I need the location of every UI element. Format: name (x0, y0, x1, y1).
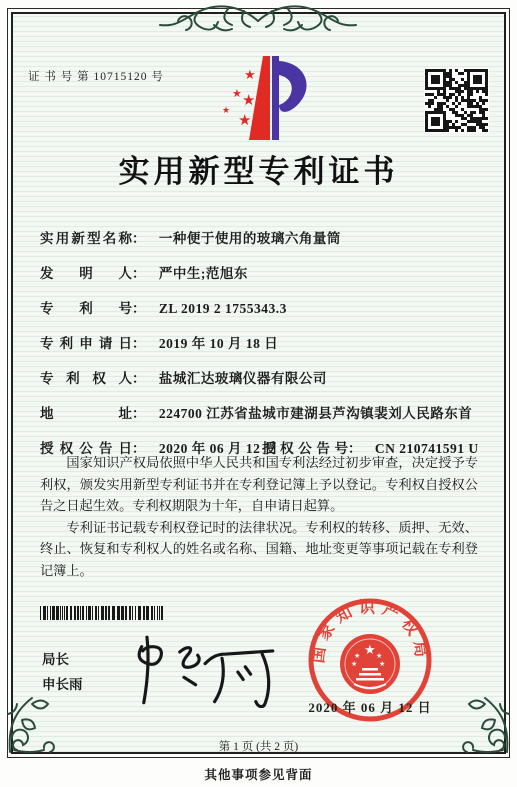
patent-certificate-page: 证 书 号 第 10715120 号 ★ ★ ★ ★ ★ 实用新型专利证书 实用… (0, 0, 517, 787)
bottom-left-corner-ornament (4, 688, 70, 756)
patent-number: ZL 2019 2 1755343.3 (159, 301, 287, 317)
director-title-label: 局长 (42, 648, 69, 668)
director-signature (128, 634, 278, 708)
back-side-note: 其他事项参见背面 (0, 765, 517, 783)
inventor-names: 严中生;范旭东 (159, 262, 248, 282)
field-row-inventor: 发明人： 严中生;范旭东 (40, 262, 480, 276)
svg-text:★: ★ (222, 106, 230, 116)
field-row-name: 实用新型名称： 一种便于使用的玻璃六角量筒 (40, 227, 480, 241)
national-emblem-icon: ★ ★ ★ ★ ★ (340, 634, 400, 694)
svg-text:★: ★ (238, 111, 251, 129)
filing-date: 2019 年 10 月 18 日 (159, 332, 278, 352)
page-number: 第 1 页 (共 2 页) (0, 738, 517, 754)
svg-text:★: ★ (354, 652, 360, 660)
certificate-title: 实用新型专利证书 (0, 146, 517, 191)
field-row-patent-no: 专利号： ZL 2019 2 1755343.3 (40, 297, 480, 311)
field-list: 实用新型名称： 一种便于使用的玻璃六角量筒 发明人： 严中生;范旭东 专利号： … (40, 227, 480, 472)
svg-text:★: ★ (244, 68, 256, 83)
legal-paragraph-2: 专利证书记载专利权登记时的法律状况。专利权的转移、质押、无效、终止、恢复和专利权… (40, 517, 478, 582)
field-label: 专利号 (40, 297, 132, 317)
field-label: 专利权人 (40, 367, 132, 387)
top-flourish-ornament (148, 0, 368, 43)
svg-text:★: ★ (364, 643, 376, 658)
svg-text:★: ★ (379, 660, 385, 668)
field-row-patentee: 专利权人： 盐城汇达玻璃仪器有限公司 (40, 367, 480, 381)
patentee-name: 盐城汇达玻璃仪器有限公司 (159, 367, 327, 387)
barcode (40, 606, 192, 620)
legal-statement: 国家知识产权局依照中华人民共和国专利法经过初步审查，决定授予专利权，颁发实用新型… (40, 452, 478, 581)
qr-code (424, 68, 489, 133)
field-label: 实用新型名称 (40, 227, 132, 247)
utility-model-name: 一种便于使用的玻璃六角量筒 (159, 227, 341, 247)
svg-text:★: ★ (232, 87, 242, 100)
svg-text:★: ★ (376, 652, 382, 660)
legal-paragraph-1: 国家知识产权局依照中华人民共和国专利法经过初步审查，决定授予专利权，颁发实用新型… (40, 452, 478, 517)
svg-text:★: ★ (351, 660, 357, 668)
certificate-number: 证 书 号 第 10715120 号 (28, 68, 164, 84)
field-label: 专利申请日 (40, 332, 132, 352)
svg-text:★: ★ (242, 91, 255, 109)
patentee-address: 224700 江苏省盐城市建湖县芦沟镇裴刘人民路东首 (159, 402, 472, 422)
bottom-right-corner-ornament (447, 688, 513, 756)
field-row-address: 地址： 224700 江苏省盐城市建湖县芦沟镇裴刘人民路东首 (40, 402, 480, 416)
seal-date: 2020 年 06 月 12 日 (298, 697, 442, 716)
field-label: 发明人 (40, 262, 132, 282)
field-row-grant: 授权公告日： 2020 年 06 月 12 日 授权公告号： CN 210741… (40, 437, 480, 451)
field-row-filing-date: 专利申请日： 2019 年 10 月 18 日 (40, 332, 480, 346)
cnipa-logo-icon: ★ ★ ★ ★ ★ (212, 53, 316, 143)
field-label: 地址 (40, 402, 132, 422)
